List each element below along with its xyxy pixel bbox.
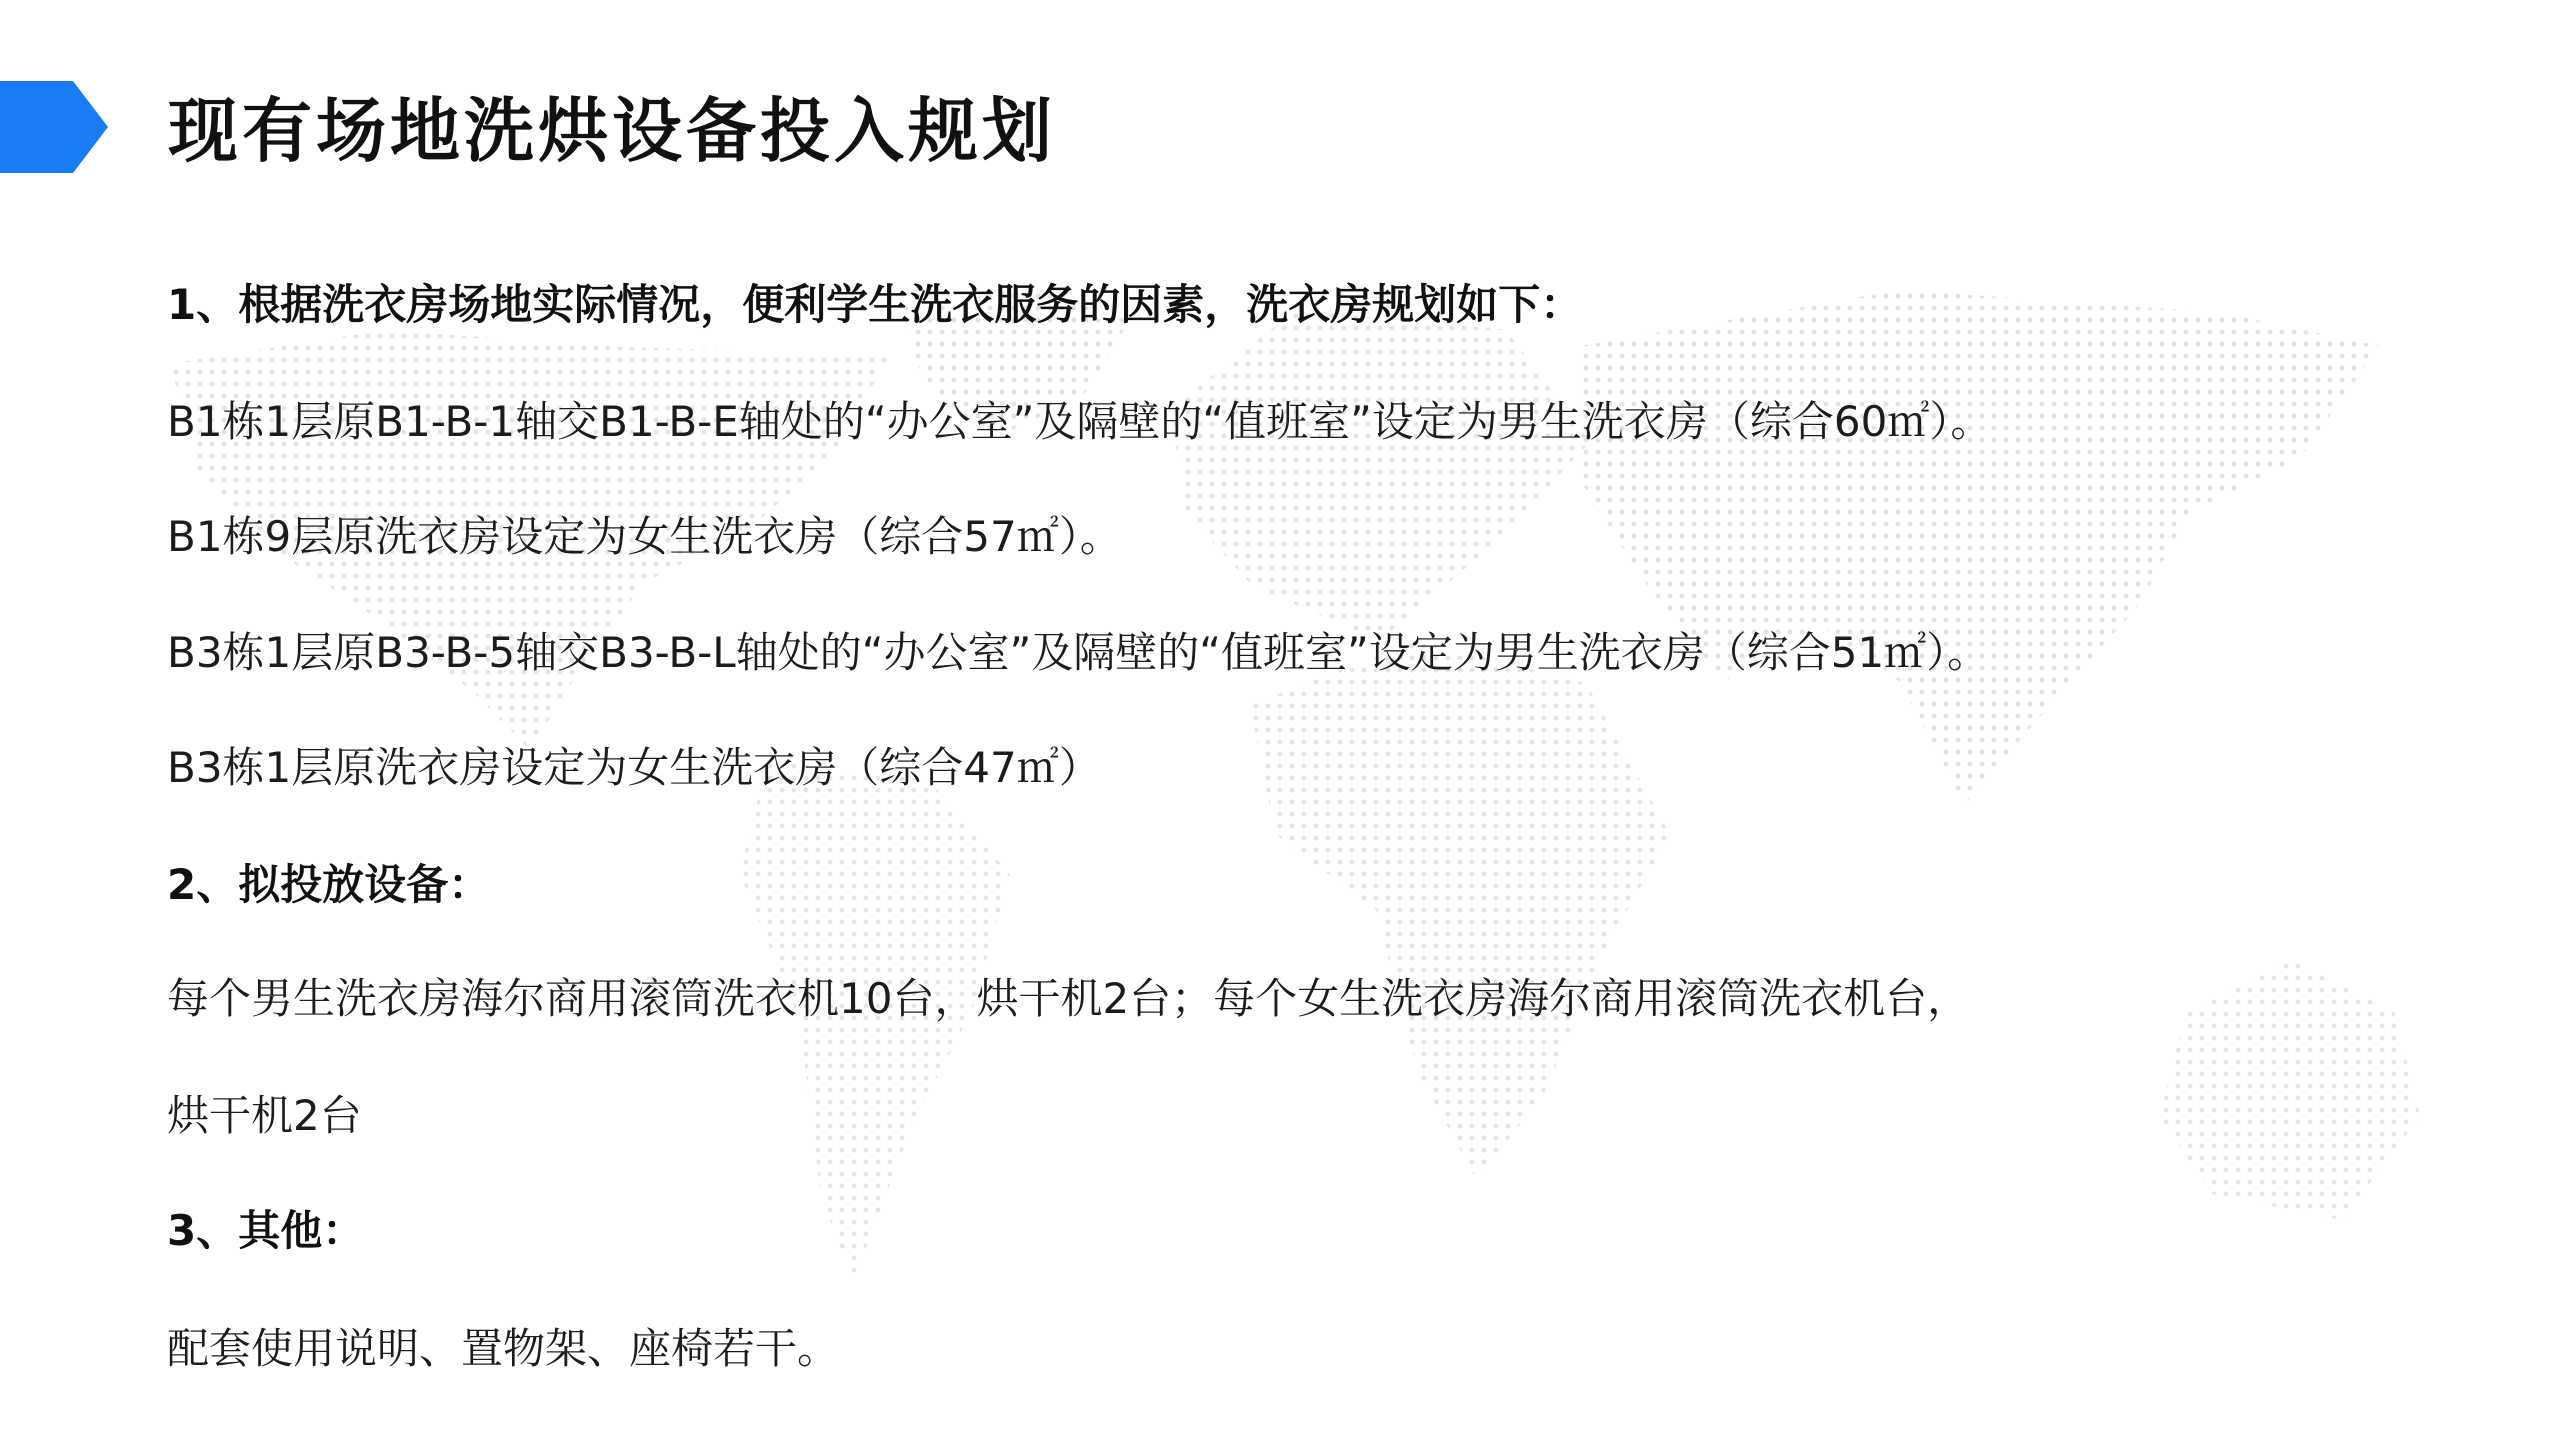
equipment-description: 每个男生洗衣房海尔商用滚筒洗衣机10台，烘干机2台；每个女生洗衣房海尔商用滚筒洗… <box>167 969 1969 1029</box>
map-australia <box>2160 960 2420 1220</box>
world-map-background <box>0 0 2560 1440</box>
map-africa <box>1250 640 1670 1180</box>
title-marker-arrow-icon <box>0 81 108 173</box>
plan-item-b1-floor1-male: B1栋1层原B1-B-1轴交B1-B-E轴处的“办公室”及隔壁的“值班室”设定为… <box>167 392 1992 452</box>
plan-item-b3-floor1-female: B3栋1层原洗衣房设定为女生洗衣房（综合47㎡） <box>167 738 1101 798</box>
other-items-description: 配套使用说明、置物架、座椅若干。 <box>167 1319 839 1379</box>
plan-item-b1-floor9-female: B1栋9层原洗衣房设定为女生洗衣房（综合57㎡）。 <box>167 507 1122 567</box>
section-heading-equipment: 2、拟投放设备： <box>167 855 490 915</box>
map-europe <box>1170 310 1590 640</box>
section-heading-planning: 1、根据洗衣房场地实际情况，便利学生洗衣服务的因素，洗衣房规划如下： <box>167 275 1582 335</box>
section-heading-other: 3、其他： <box>167 1201 364 1261</box>
equipment-description-continued: 烘干机2台 <box>167 1086 362 1146</box>
plan-item-b3-floor1-male: B3栋1层原B3-B-5轴交B3-B-L轴处的“办公室”及隔壁的“值班室”设定为… <box>167 623 1989 683</box>
page-title: 现有场地洗烘设备投入规划 <box>168 86 1056 176</box>
map-asia <box>1580 290 2380 850</box>
